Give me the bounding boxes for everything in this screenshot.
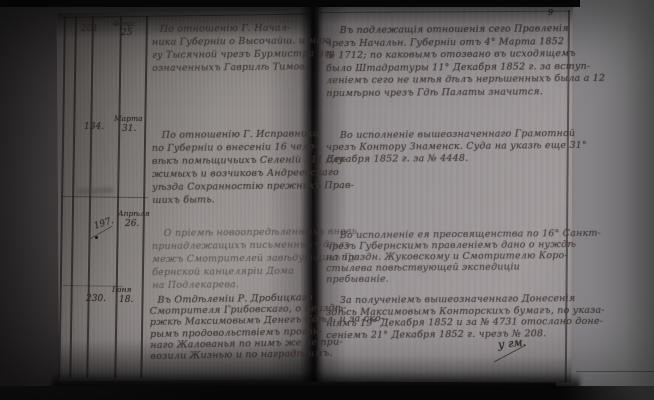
page-number: 9 — [548, 8, 553, 17]
photo-bottom-edge — [0, 386, 654, 400]
ledger-response-text: За полученіемъ вышеозначеннаго Донесенія… — [326, 293, 605, 341]
entry-date-month: Марта — [114, 114, 143, 123]
entry-date-month: Февр: — [113, 19, 135, 28]
handwritten-line: шихъ быть. — [152, 192, 354, 207]
handwritten-line: означенныхъ Гаврилѣ Тимоѳ. — [152, 60, 335, 75]
ledger-response-text: Во исполненіе ея преосвященства по 16° С… — [326, 228, 602, 285]
entry-date-day: 18. — [119, 295, 133, 305]
ledger-entry-text: По отношенію Г. Начал-ника Губерніи о Вы… — [152, 21, 335, 75]
entry-number: 230. — [86, 294, 106, 304]
photo-top-edge — [0, 0, 580, 7]
ledger-response-text: Въ подлежащія отношенія сего Правленіячр… — [326, 23, 606, 100]
entry-number: 134. — [84, 122, 104, 132]
ledger-response-text: Во исполненіе вышеозначеннаго Грамотнойч… — [326, 128, 587, 166]
handwritten-line: примѣрно чрезъ Гдѣ Палаты значится. — [326, 85, 605, 100]
entry-date-month: Іюня — [112, 285, 131, 294]
entry-number: 201 — [81, 24, 98, 34]
handwritten-line: сеніемъ 21° Декабря 1852 г. чрезъ № 208. — [326, 327, 605, 341]
entry-date-day: 25 — [121, 28, 132, 38]
handwritten-line: Декабря 1852 г. за № 4448. — [326, 152, 587, 166]
entry-date-day: 31. — [122, 124, 136, 134]
entry-date-month: Апрѣля — [118, 209, 150, 218]
entry-date-day: 26. — [125, 219, 139, 229]
archival-scan-photo: 201 Февр: 25 134. Марта 31. 197. Апрѣля … — [0, 0, 654, 400]
ledger-entry-text: По отношенію Г. Исправникапо Губерніи о … — [152, 127, 355, 207]
page-stack-edge — [576, 371, 654, 372]
